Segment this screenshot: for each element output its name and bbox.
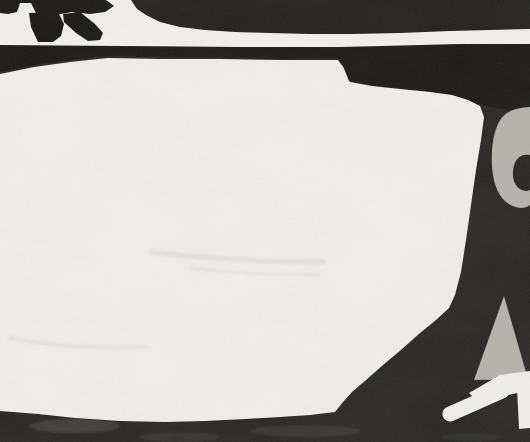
- grain-texture-overlay: [0, 0, 530, 442]
- woodcut-print: [0, 0, 530, 442]
- print-canvas: [0, 0, 530, 442]
